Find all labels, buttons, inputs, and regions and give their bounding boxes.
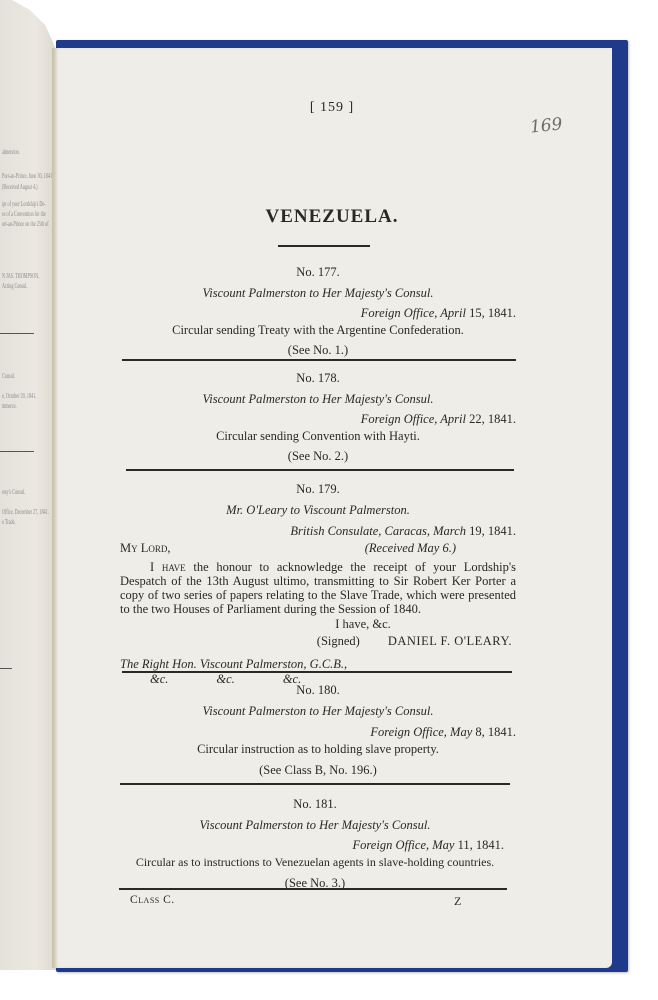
page-number: [ 159 ] — [52, 100, 612, 116]
letter-body: I have the honour to acknowledge the rec… — [120, 560, 516, 616]
left-page-fragment: (Received August 4.) — [2, 183, 38, 191]
left-page-fragment: Consul. — [2, 372, 15, 380]
salutation: My Lord, — [120, 540, 171, 557]
entry-number: No. 180. — [120, 682, 516, 699]
entry-header: Mr. O'Leary to Viscount Palmerston. — [120, 502, 516, 519]
entry-divider — [122, 671, 512, 673]
left-page-fragment: Office, December 27, 1841. — [2, 508, 49, 516]
entry-number: No. 179. — [120, 481, 516, 498]
dateline-date: 8, 1841. — [475, 725, 516, 739]
dateline-place: British Consulate, Caracas, March — [290, 524, 466, 538]
left-page-fragment: e, October 20, 1841. — [2, 392, 36, 400]
handwritten-folio-number: 169 — [529, 114, 563, 137]
document-page: [ 159 ] 169 VENEZUELA. No. 177. Viscount… — [52, 48, 612, 968]
dateline-place: Foreign Office, May — [353, 838, 455, 852]
entry-header: Viscount Palmerston to Her Majesty's Con… — [114, 817, 516, 834]
left-page-fragment: almerston. — [2, 148, 20, 156]
dateline-date: 22, 1841. — [469, 412, 516, 426]
entry-divider — [122, 359, 516, 361]
entry-header: Viscount Palmerston to Her Majesty's Con… — [120, 391, 516, 408]
letter-closing: I have, &c. — [120, 616, 516, 633]
entry-178: No. 178. Viscount Palmerston to Her Maje… — [120, 370, 516, 465]
entry-summary: Circular sending Treaty with the Argenti… — [120, 322, 516, 339]
title-divider — [278, 245, 370, 247]
letter-body-lead: I have — [150, 560, 186, 574]
left-page-rule — [0, 451, 34, 452]
left-page-rule — [0, 668, 12, 669]
dateline-date: 19, 1841. — [469, 524, 516, 538]
entry-dateline: Foreign Office, April 22, 1841. — [120, 411, 516, 428]
left-page-fragment: Acting Consul. — [2, 282, 27, 290]
country-title: VENEZUELA. — [52, 206, 612, 228]
left-page-fragment: ipt of your Lordship's De- — [2, 200, 46, 208]
entry-header: Viscount Palmerston to Her Majesty's Con… — [120, 285, 516, 302]
entry-dateline: Foreign Office, May 11, 1841. — [114, 837, 516, 854]
entry-summary: Circular sending Convention with Hayti. — [120, 428, 516, 445]
entry-divider — [120, 783, 510, 785]
dateline-place: Foreign Office, April — [361, 412, 466, 426]
left-page-fragment: e Trade. — [2, 518, 16, 526]
dateline-date: 15, 1841. — [469, 306, 516, 320]
left-page-edge: almerston. Port-au-Prince, June 30, 1841… — [0, 0, 58, 970]
signature-row: (Signed) DANIEL F. O'LEARY. — [120, 633, 516, 650]
left-page-fragment: esty's Consul. — [2, 488, 25, 496]
entry-179: No. 179. Mr. O'Leary to Viscount Palmers… — [120, 481, 516, 685]
left-page-fragment: N JAS. THOMPSON, — [2, 272, 39, 280]
left-page-rule — [0, 333, 34, 334]
entry-number: No. 177. — [120, 264, 516, 281]
entry-summary: Circular instruction as to holding slave… — [120, 741, 516, 758]
received-note: (Received May 6.) — [365, 540, 516, 557]
spine-shadow — [52, 48, 58, 968]
entry-reference: (See No. 1.) — [120, 342, 516, 359]
dateline-place: Foreign Office, April — [361, 306, 466, 320]
entry-reference: (See Class B, No. 196.) — [120, 762, 516, 779]
left-page-fragment: es of a Convention for the — [2, 210, 46, 218]
left-page-fragment: Port-au-Prince, June 30, 1841. — [2, 172, 53, 180]
salutation-row: My Lord, (Received May 6.) — [120, 540, 516, 557]
entry-reference: (See No. 2.) — [120, 448, 516, 465]
entry-180: No. 180. Viscount Palmerston to Her Maje… — [120, 682, 516, 779]
entry-header: Viscount Palmerston to Her Majesty's Con… — [120, 703, 516, 720]
entry-summary: Circular as to instructions to Venezuela… — [114, 854, 516, 871]
signed-label: (Signed) — [317, 633, 360, 650]
entry-divider — [119, 888, 507, 890]
dateline-place: Foreign Office, May — [370, 725, 472, 739]
entry-divider — [126, 469, 514, 471]
left-page-fragment: ort-au-Prince on the 25th of — [2, 220, 49, 228]
footer-signature-mark: Z — [454, 894, 461, 909]
signature: DANIEL F. O'LEARY. — [388, 633, 512, 650]
entry-177: No. 177. Viscount Palmerston to Her Maje… — [120, 264, 516, 359]
footer-class-label: Class C. — [130, 894, 175, 906]
entry-dateline: Foreign Office, April 15, 1841. — [120, 305, 516, 322]
entry-number: No. 178. — [120, 370, 516, 387]
entry-181: No. 181. Viscount Palmerston to Her Maje… — [114, 796, 516, 892]
left-page-fragment: mmerce. — [2, 402, 17, 410]
entry-number: No. 181. — [114, 796, 516, 813]
entry-dateline: Foreign Office, May 8, 1841. — [120, 724, 516, 741]
entry-dateline: British Consulate, Caracas, March 19, 18… — [120, 523, 516, 540]
dateline-date: 11, 1841. — [458, 838, 504, 852]
